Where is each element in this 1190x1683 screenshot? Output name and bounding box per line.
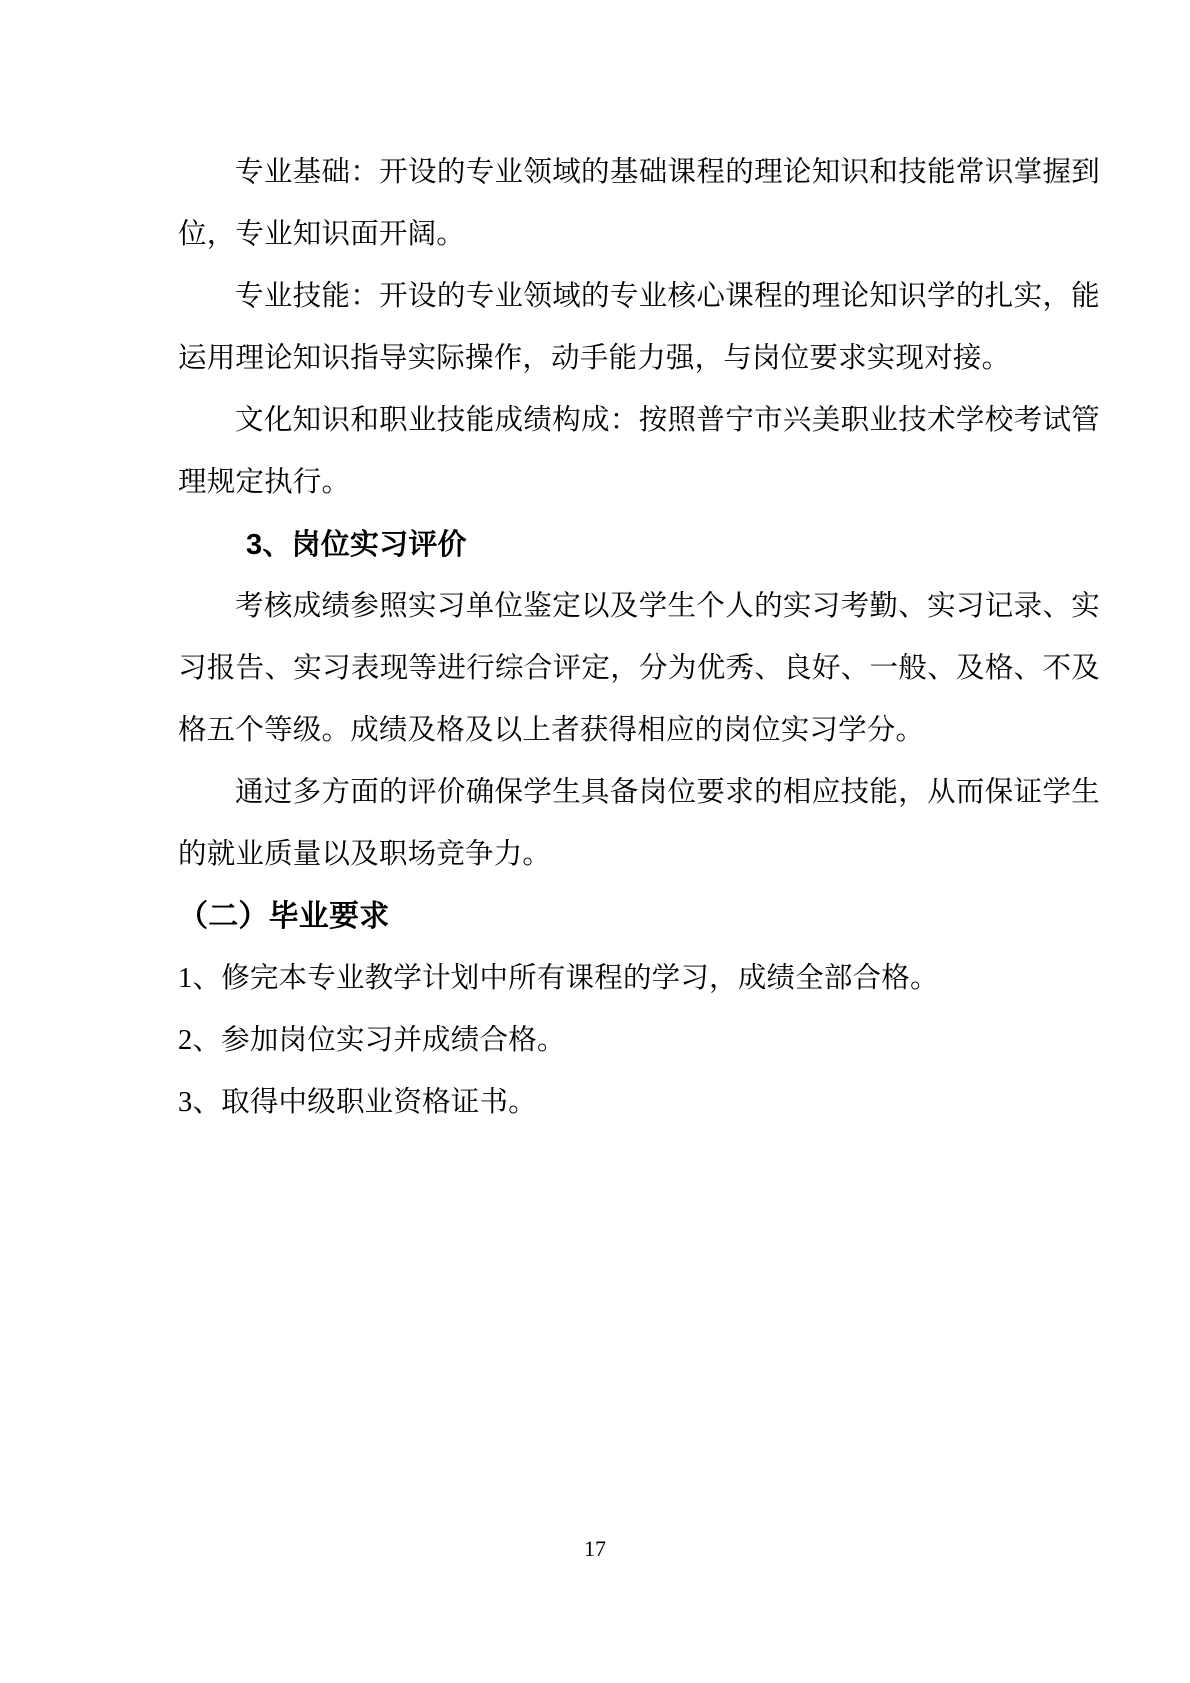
paragraph-assessment-grading: 考核成绩参照实习单位鉴定以及学生个人的实习考勤、实习记录、实习报告、实习表现等进…	[178, 576, 1100, 762]
paragraph-professional-foundation: 专业基础：开设的专业领域的基础课程的理论知识和技能常识掌握到位，专业知识面开阔。	[178, 142, 1100, 266]
paragraph-culture-and-skill-score-composition: 文化知识和职业技能成绩构成：按照普宁市兴美职业技术学校考试管理规定执行。	[178, 390, 1100, 514]
heading-internship-evaluation: 3、岗位实习评价	[178, 514, 1100, 576]
document-page: 专业基础：开设的专业领域的基础课程的理论知识和技能常识掌握到位，专业知识面开阔。…	[0, 0, 1190, 1683]
requirement-item-1: 1、修完本专业教学计划中所有课程的学习，成绩全部合格。	[178, 948, 1100, 1010]
requirement-item-3: 3、取得中级职业资格证书。	[178, 1072, 1100, 1134]
paragraph-professional-skills: 专业技能：开设的专业领域的专业核心课程的理论知识学的扎实，能运用理论知识指导实际…	[178, 266, 1100, 390]
document-body: 专业基础：开设的专业领域的基础课程的理论知识和技能常识掌握到位，专业知识面开阔。…	[178, 142, 1100, 1134]
heading-graduation-requirements: （二）毕业要求	[178, 886, 1100, 948]
paragraph-evaluation-purpose: 通过多方面的评价确保学生具备岗位要求的相应技能，从而保证学生的就业质量以及职场竞…	[178, 762, 1100, 886]
requirement-item-2: 2、参加岗位实习并成绩合格。	[178, 1010, 1100, 1072]
page-number: 17	[0, 1534, 1190, 1564]
